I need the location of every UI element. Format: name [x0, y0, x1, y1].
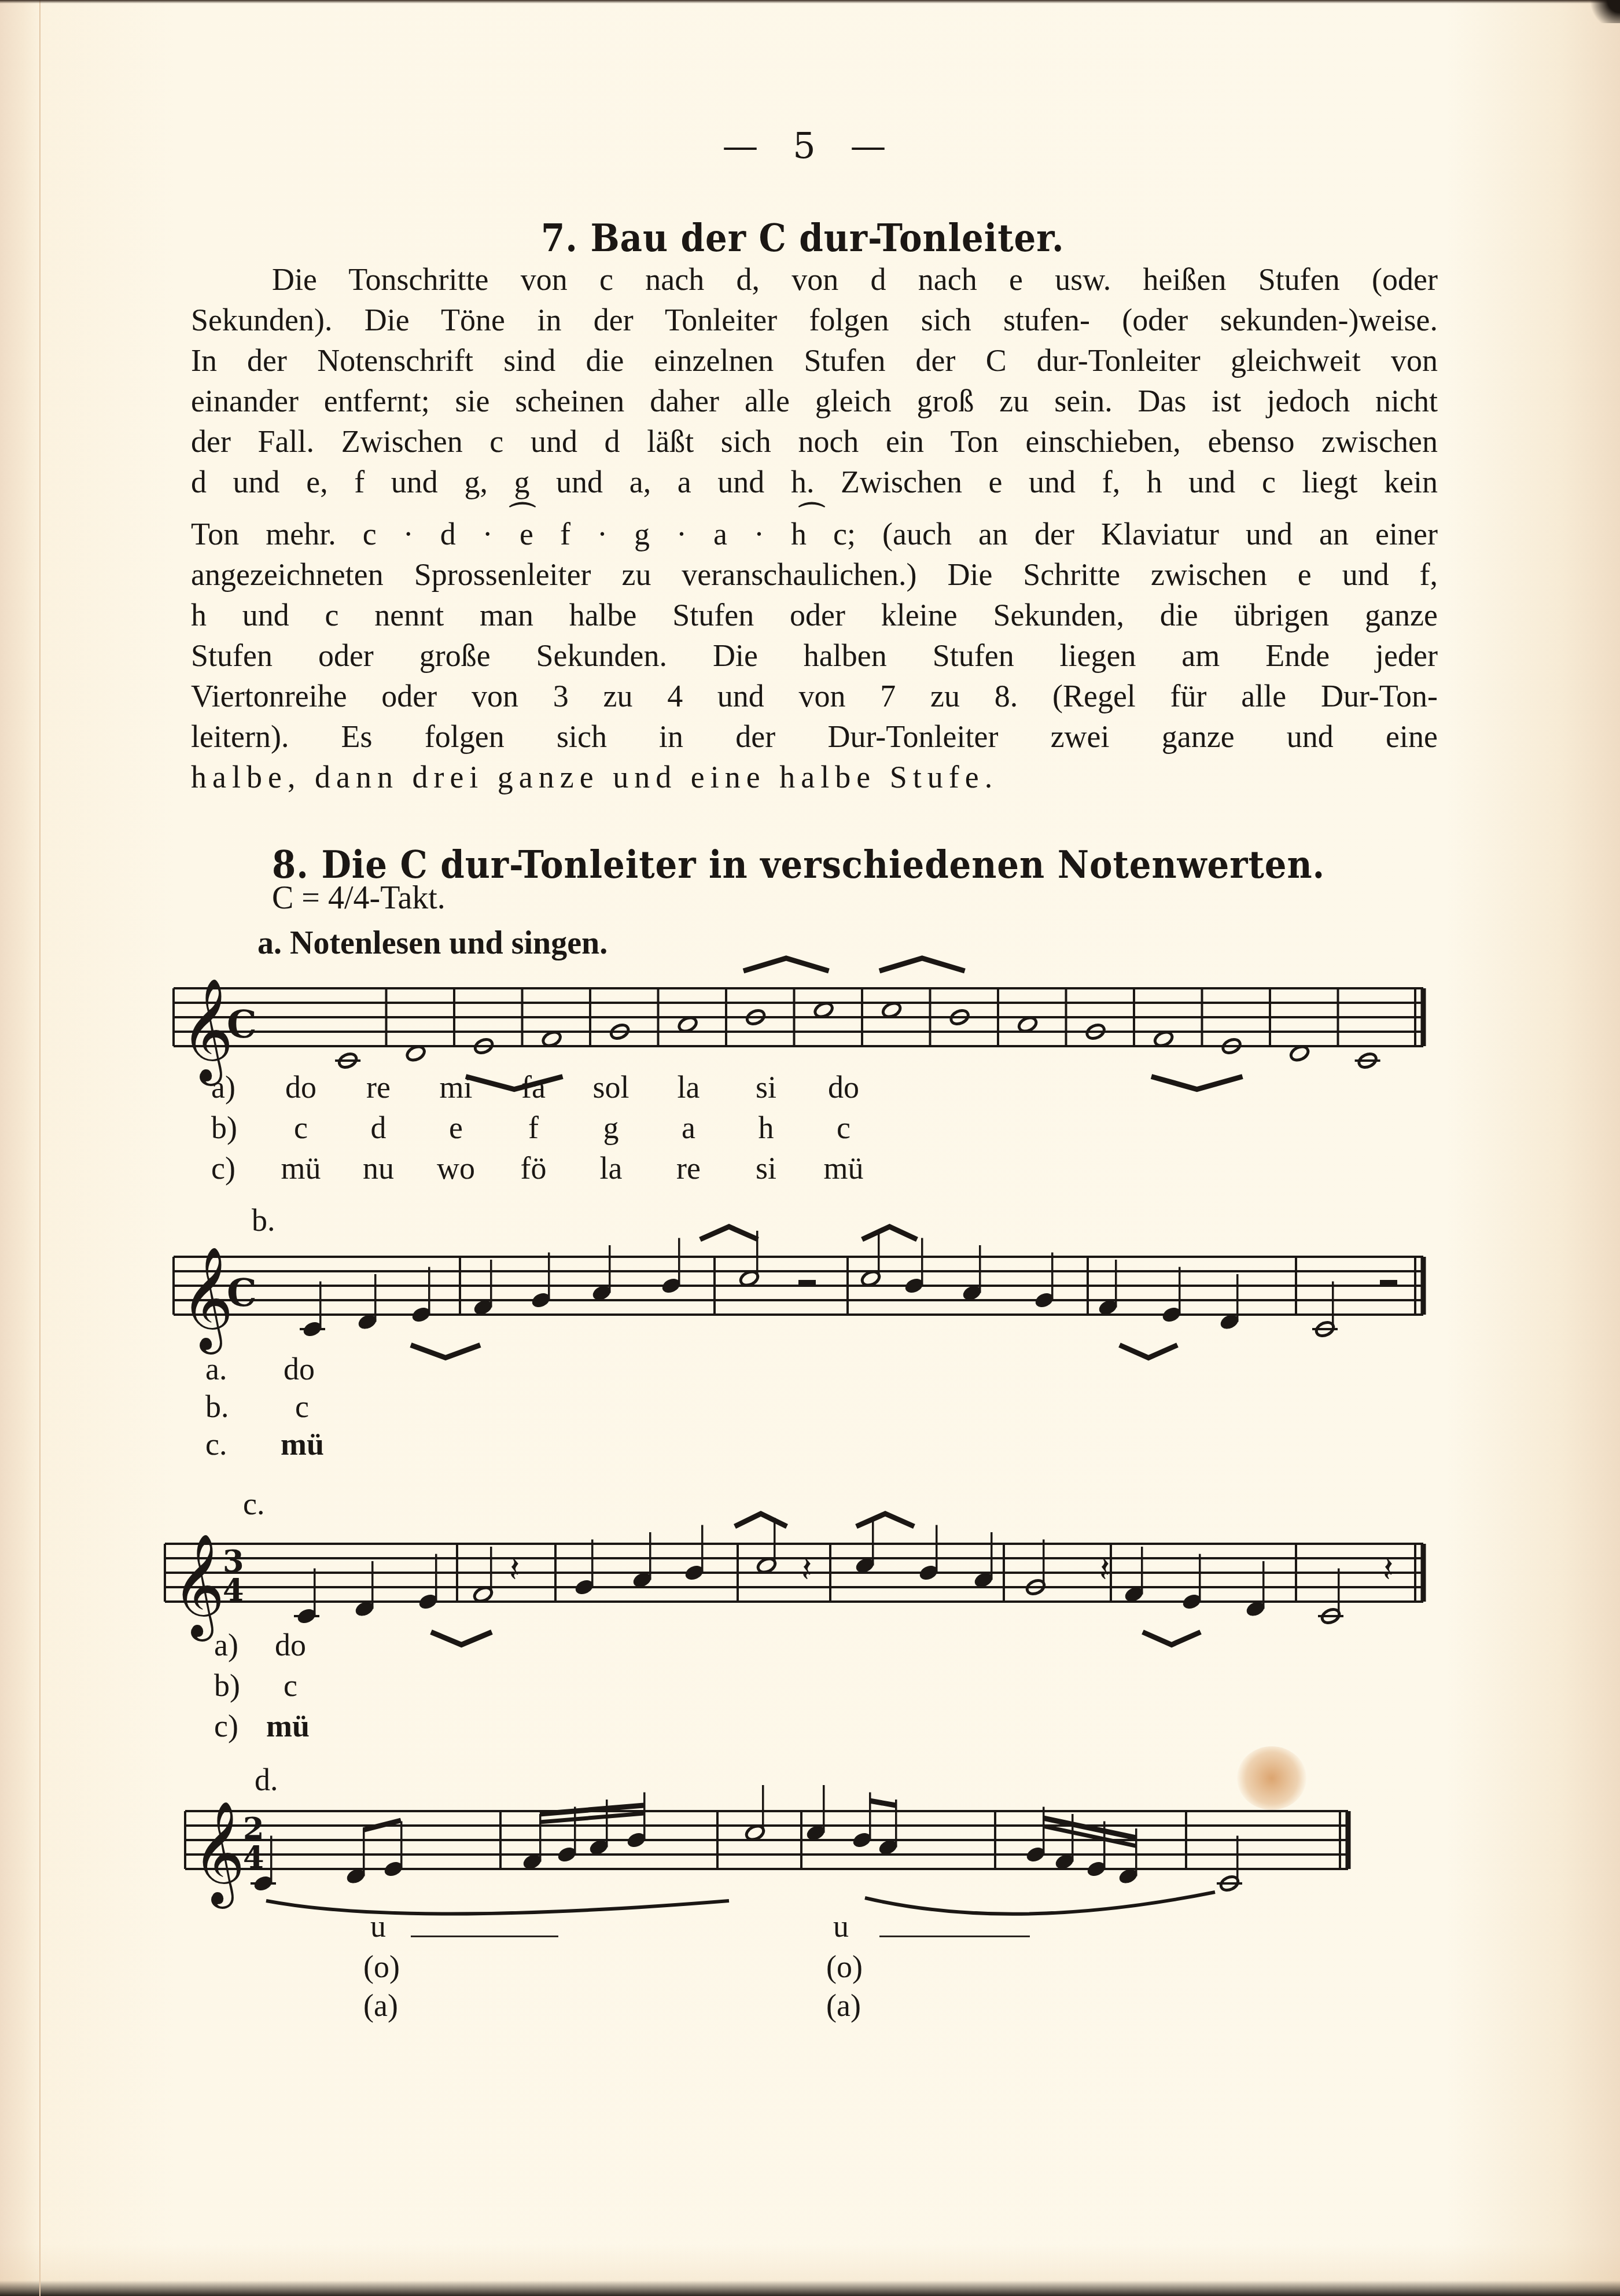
- syllable: si: [726, 1150, 807, 1186]
- slur: [266, 1901, 729, 1914]
- syllable: re: [338, 1069, 419, 1105]
- row-label: c): [211, 1150, 235, 1186]
- common-time-icon: C: [227, 1003, 257, 1047]
- syllable: mü: [266, 1708, 310, 1744]
- syllable: sol: [570, 1069, 651, 1105]
- vowel: (o): [363, 1949, 400, 1985]
- row-label: b): [214, 1668, 240, 1703]
- syllable: c: [283, 1668, 297, 1703]
- half-step-arc-icon: [735, 1514, 787, 1526]
- half-step-arc-icon: [700, 1227, 758, 1239]
- syllable: mü: [803, 1150, 884, 1186]
- common-time-icon: C: [227, 1271, 257, 1315]
- syllable-row-alt-syllables: c) münuwofölaresimü: [0, 1150, 1620, 1185]
- syllable: la: [570, 1150, 651, 1186]
- syllable: wo: [415, 1150, 496, 1186]
- music-staff-exercise-a: 𝄞C𝄞C𝄞34𝄽𝄽𝄽𝄽𝄞24: [0, 0, 1620, 2296]
- row-label: b.: [205, 1389, 229, 1425]
- syllable: mü: [281, 1426, 324, 1462]
- exercise-b-label: b.: [252, 1202, 275, 1238]
- syllable: la: [648, 1069, 729, 1105]
- syllable: do: [283, 1351, 315, 1387]
- row-label: b): [211, 1110, 237, 1146]
- syllable: mi: [415, 1069, 496, 1105]
- half-step-arc-icon: [411, 1345, 480, 1358]
- half-step-arc-icon: [862, 1227, 917, 1239]
- staff-exercise-b: 𝄞C: [174, 1227, 1423, 1358]
- syllable: d: [338, 1110, 419, 1146]
- row-label: a): [214, 1627, 238, 1663]
- syllable: do: [803, 1069, 884, 1105]
- half-step-arc-icon: [1120, 1345, 1177, 1358]
- syllable: nu: [338, 1150, 419, 1186]
- syllable: a: [648, 1110, 729, 1146]
- row-label: c.: [205, 1426, 227, 1462]
- half-step-arc-icon: [856, 1514, 914, 1526]
- half-step-arc-icon: [879, 958, 965, 971]
- vowel: u: [833, 1908, 849, 1944]
- quarter-rest-icon: 𝄽: [1383, 1550, 1393, 1590]
- slur: [865, 1892, 1215, 1914]
- syllable: h: [726, 1110, 807, 1146]
- quarter-rest-icon: 𝄽: [801, 1550, 812, 1590]
- vowel-extension-line: [879, 1936, 1030, 1937]
- syllable: c: [295, 1389, 309, 1425]
- syllable: c: [803, 1110, 884, 1146]
- half-rest-icon: [1380, 1280, 1397, 1287]
- half-step-arc-icon: [431, 1632, 492, 1645]
- treble-clef-icon: 𝄞: [192, 1800, 245, 1909]
- vowel: (a): [363, 1988, 398, 2023]
- staff-exercise-d: 𝄞24: [185, 1785, 1348, 1914]
- syllable: do: [275, 1627, 306, 1663]
- row-label: a.: [205, 1351, 227, 1387]
- staff-exercise-c: 𝄞34𝄽𝄽𝄽𝄽: [165, 1514, 1423, 1645]
- syllable: do: [260, 1069, 341, 1105]
- syllable: fö: [493, 1150, 574, 1186]
- quarter-rest-icon: 𝄽: [509, 1550, 520, 1590]
- vowel: (o): [826, 1949, 863, 1985]
- syllable: fa: [493, 1069, 574, 1105]
- row-label: c): [214, 1708, 238, 1744]
- treble-clef-icon: 𝄞: [181, 1245, 234, 1355]
- syllable: si: [726, 1069, 807, 1105]
- time-signature-denominator: 4: [223, 1573, 244, 1608]
- syllable: mü: [260, 1150, 341, 1186]
- exercise-d-label: d.: [255, 1762, 278, 1798]
- syllable-row-solfege: a) doremifasollasido: [0, 1069, 1620, 1104]
- syllable-row-letters: b) cdefgahc: [0, 1110, 1620, 1145]
- syllable: e: [415, 1110, 496, 1146]
- exercise-c-label: c.: [243, 1486, 264, 1522]
- syllable: re: [648, 1150, 729, 1186]
- vowel-extension-line: [411, 1936, 558, 1937]
- syllable: g: [570, 1110, 651, 1146]
- time-signature-denominator: 4: [243, 1840, 264, 1875]
- syllable: c: [260, 1110, 341, 1146]
- half-step-arc-icon: [1143, 1632, 1201, 1645]
- syllable: f: [493, 1110, 574, 1146]
- row-label: a): [211, 1069, 235, 1105]
- half-step-arc-icon: [743, 958, 829, 971]
- treble-clef-icon: 𝄞: [172, 1532, 225, 1642]
- quarter-rest-icon: 𝄽: [1099, 1550, 1110, 1590]
- vowel: (a): [826, 1988, 861, 2023]
- half-rest-icon: [798, 1280, 816, 1287]
- vowel: u: [370, 1908, 386, 1944]
